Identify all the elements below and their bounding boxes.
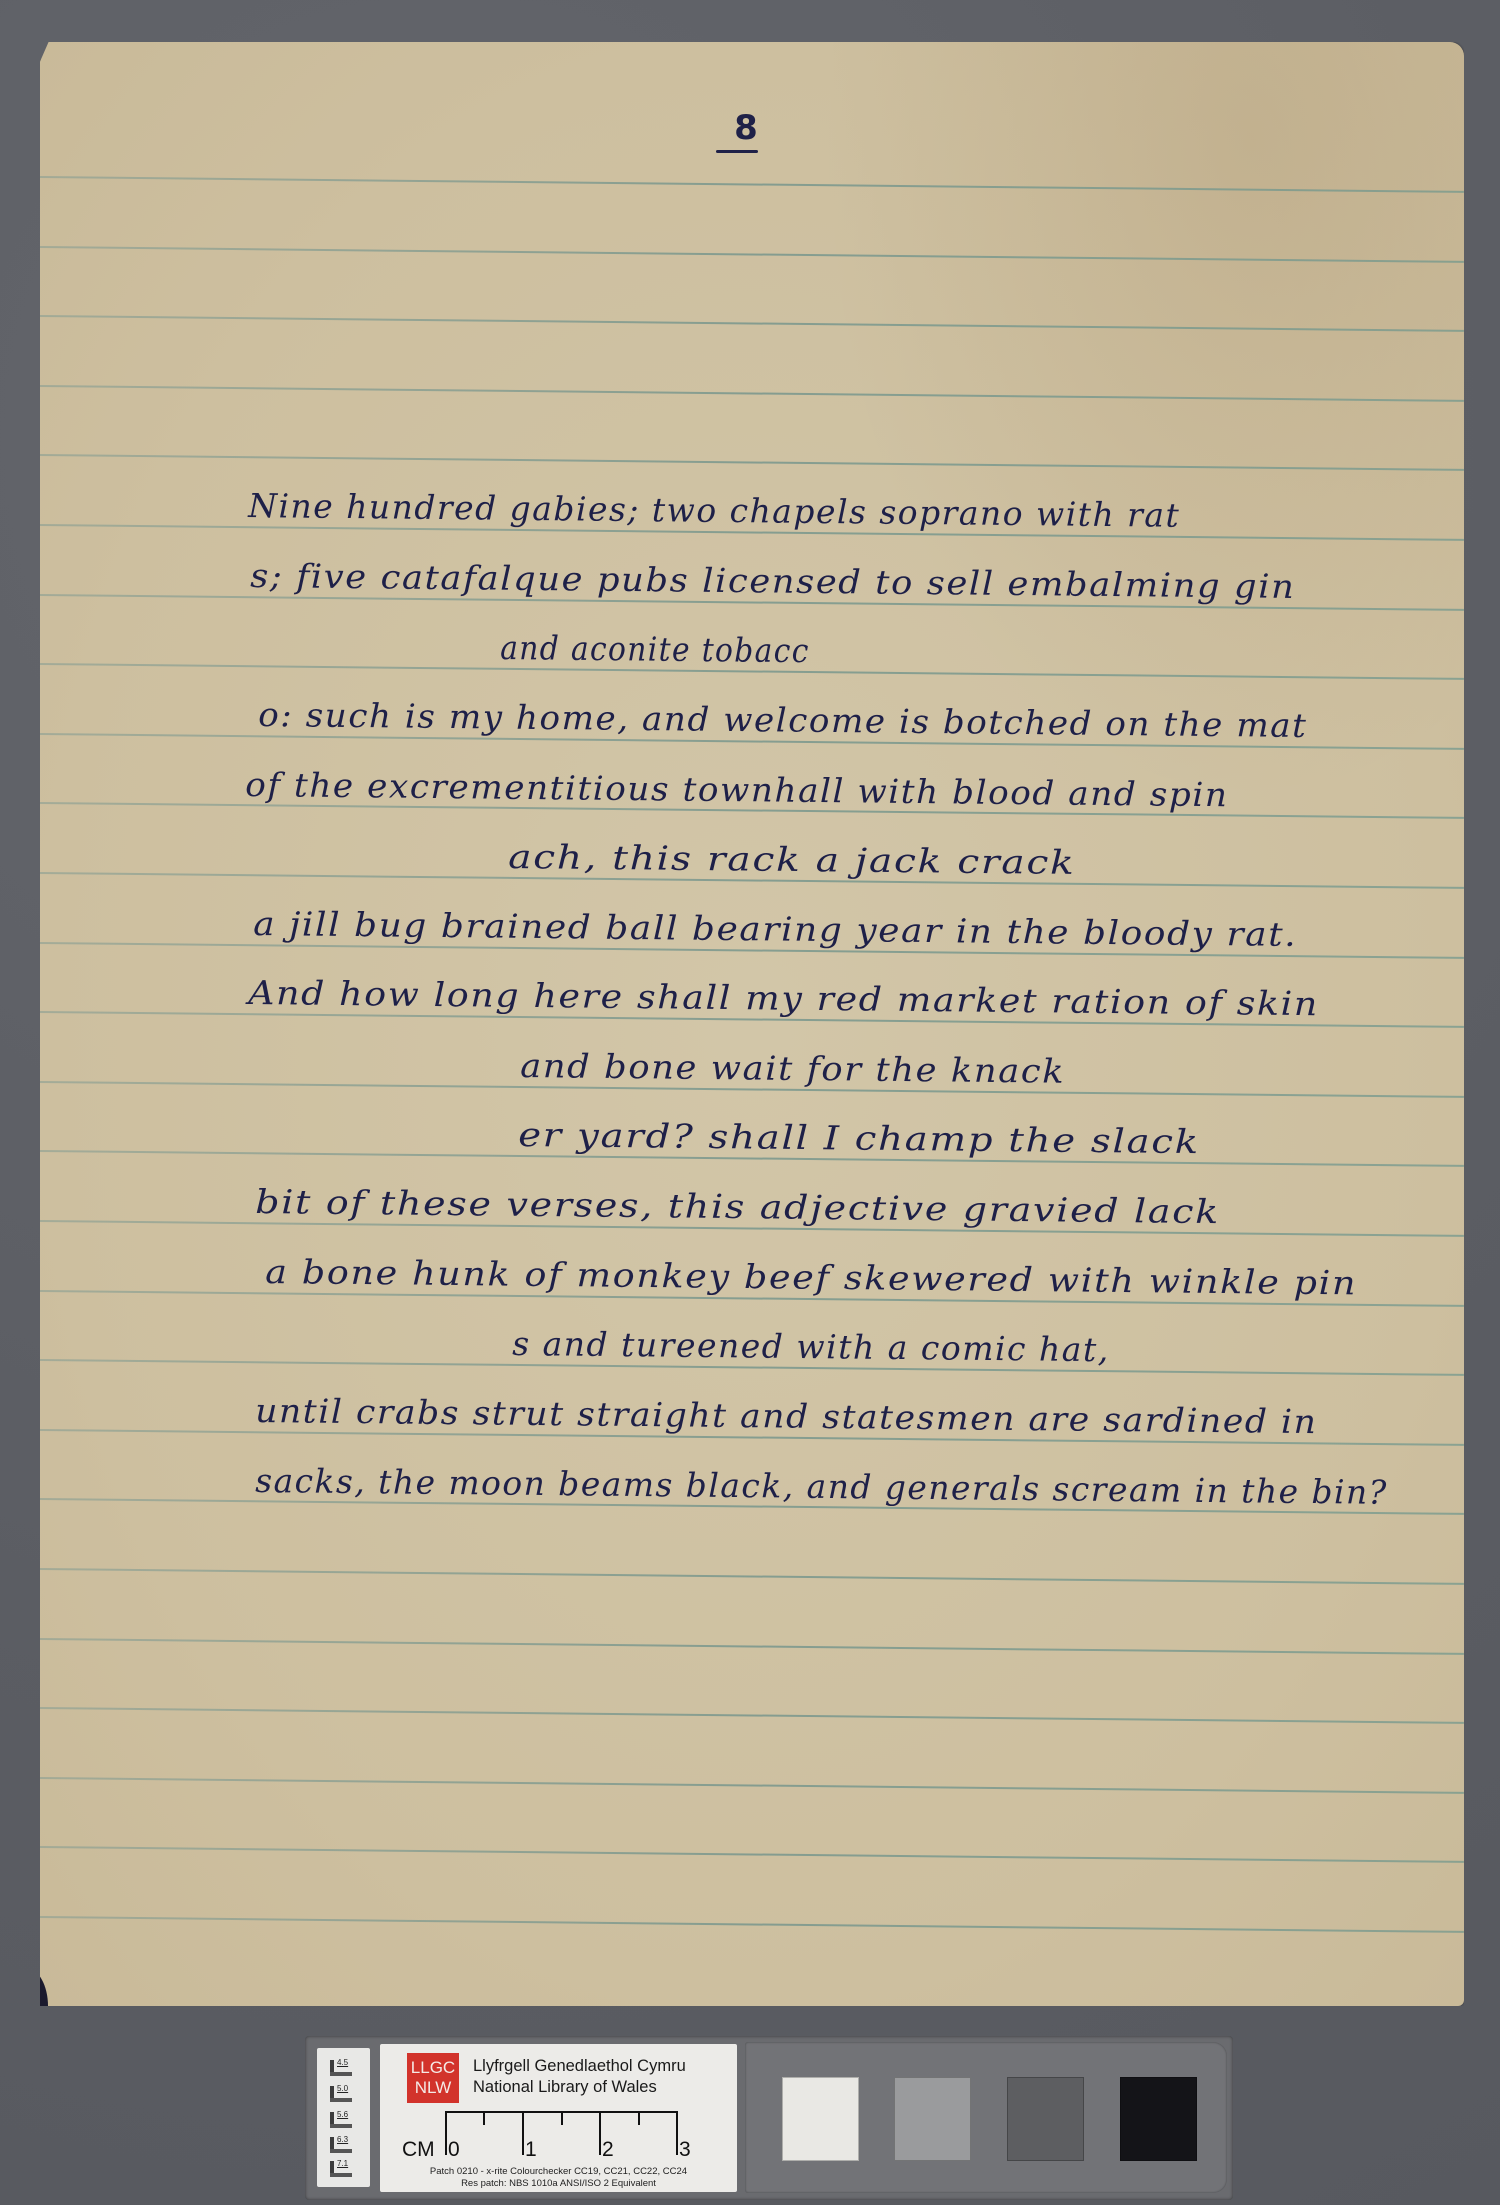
res-patch-info: Res patch: NBS 1010a ANSI/ISO 2 Equivale… — [380, 2178, 737, 2189]
ruled-line — [40, 1777, 1464, 1794]
ruled-line — [40, 176, 1464, 193]
res-patch: 7.1 — [330, 2161, 360, 2177]
ruled-line — [40, 246, 1464, 263]
res-patch: 6.3 — [330, 2137, 360, 2153]
res-patch: 4.5 — [330, 2060, 360, 2076]
swatch-black — [1120, 2077, 1197, 2161]
ruled-line — [40, 315, 1464, 332]
calibration-strip: 4.5 5.0 5.6 6.3 7.1 LLGC NLW Llyfrgell G… — [305, 2036, 1233, 2200]
institution-name-welsh: Llyfrgell Genedlaethol Cymru — [473, 2057, 686, 2076]
ruled-line — [40, 454, 1464, 471]
poem-line-indented: and bone wait for the knack — [520, 1046, 1065, 1091]
ruler-unit: CM — [402, 2138, 435, 2162]
patch-info: Patch 0210 - x-rite Colourchecker CC19, … — [380, 2166, 737, 2177]
library-label: LLGC NLW Llyfrgell Genedlaethol Cymru Na… — [380, 2044, 737, 2192]
page-number-underline — [716, 150, 758, 153]
ruled-line — [40, 1846, 1464, 1863]
ruled-line — [40, 1707, 1464, 1724]
swatch-light-gray — [894, 2077, 971, 2161]
llgc-nlw-logo: LLGC NLW — [407, 2053, 459, 2103]
ruled-line — [40, 385, 1464, 402]
res-patch: 5.0 — [330, 2086, 360, 2102]
poem-line-indented: s and tureened with a comic hat, — [512, 1324, 1110, 1369]
institution-name-english: National Library of Wales — [473, 2078, 657, 2097]
poem-line-indented: er yard? shall I champ the slack — [518, 1115, 1200, 1161]
manuscript-page: 8 Nine hundred gabies; two chapels sopra… — [40, 42, 1464, 2006]
ruled-line — [40, 1568, 1464, 1585]
swatch-white — [782, 2077, 859, 2161]
ruled-line — [40, 1638, 1464, 1655]
poem-line-indented: ach, this rack a jack crack — [508, 837, 1076, 882]
swatch-dark-gray — [1007, 2077, 1084, 2161]
poem-line-indented: and aconite tobacc — [500, 628, 810, 670]
ruled-line — [40, 1916, 1464, 1933]
gray-swatch-panel — [745, 2042, 1227, 2193]
resolution-target: 4.5 5.0 5.6 6.3 7.1 — [317, 2048, 370, 2187]
res-patch: 5.6 — [330, 2112, 360, 2128]
page-number: 8 — [726, 110, 766, 146]
ink-corner-mark — [26, 1968, 48, 2006]
